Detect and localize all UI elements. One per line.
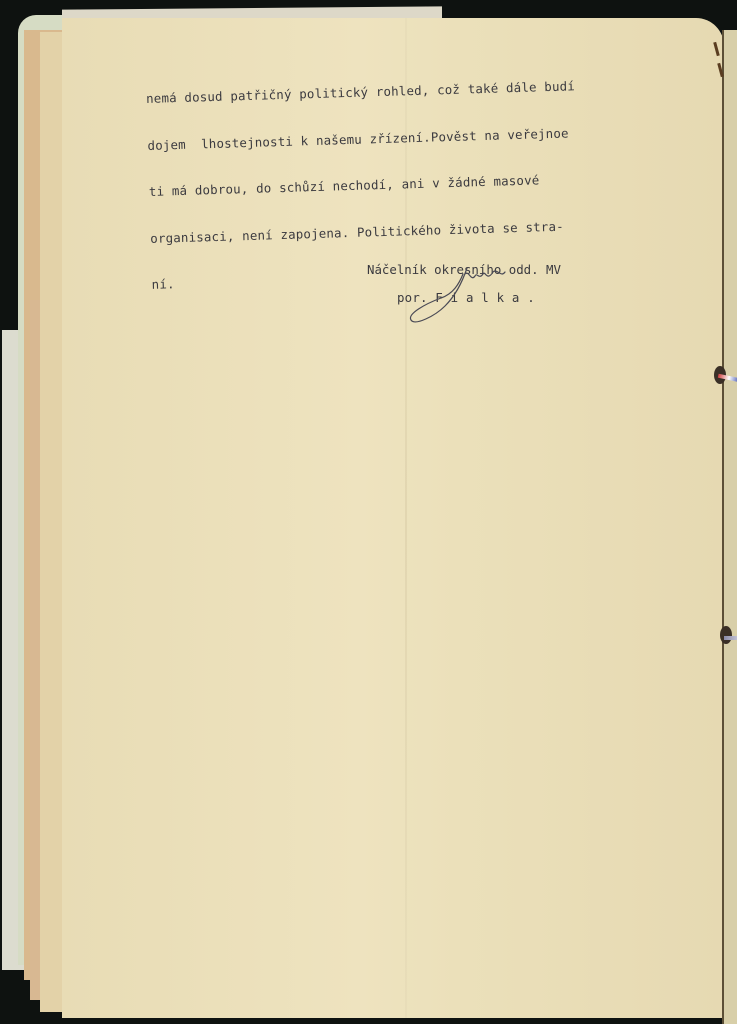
body-line: nemá dosud patřičný politický rohled, co… [146,77,626,107]
body-line: ti má dobrou, do schůzí nechodí, ani v ž… [149,170,629,200]
body-line: organisaci, není zapojena. Politického ž… [150,216,630,246]
handwritten-signature-icon [405,260,525,330]
binding-hole-icon [720,626,732,644]
body-line: dojem lhostejnosti k našemu zřízení.Pově… [147,123,627,153]
binding-thread [724,636,737,640]
binding-spine [722,30,737,1024]
